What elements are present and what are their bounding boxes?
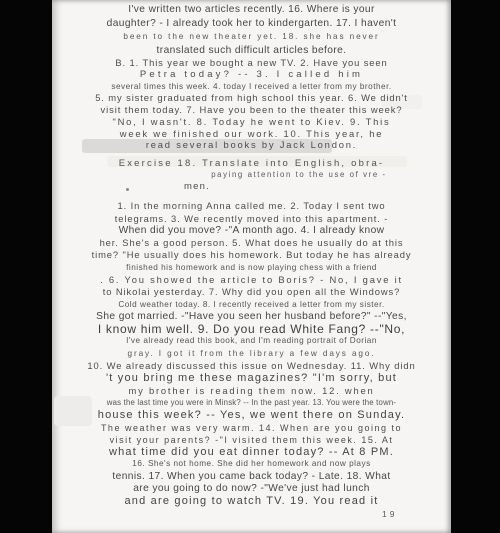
text-line: . 6. You showed the article to Boris? - … (52, 274, 451, 286)
exercise-heading: Exercise 18. Translate into English, obr… (52, 158, 451, 192)
text-line: her. She's a good person. 5. What does h… (52, 237, 451, 249)
text-line: read several books by Jack London. (52, 139, 451, 151)
text-line: finished his homework and is now playing… (52, 262, 451, 274)
text-line: daughter? - I already took her to kinder… (52, 17, 451, 31)
text-line: telegrams. 3. We recently moved into thi… (52, 213, 451, 225)
text-line: I've already read this book, and I'm rea… (52, 335, 451, 347)
text-line: 't you bring me these magazines? "I'm so… (52, 372, 451, 384)
text-line: tennis. 17. When you came back today? - … (52, 471, 451, 483)
text-line: week we finished our work. 10. This year… (52, 128, 451, 140)
text-line: visit your parents? -"I visited them thi… (52, 434, 451, 446)
page-content: I've written two articles recently. 16. … (52, 0, 451, 508)
text-line: The weather was very warm. 14. When are … (52, 422, 451, 434)
text-line: When did you move? -"A month ago. 4. I a… (52, 225, 451, 237)
text-line: 16. She's not home. She did her homework… (52, 458, 451, 470)
text-line: "No, I wasn't. 8. Today he went to Kiev.… (52, 116, 451, 128)
text-line: 5. my sister graduated from high school … (52, 92, 451, 104)
text-line: house this week? -- Yes, we went there o… (52, 409, 451, 421)
text-line: time? "He usually does his homework. But… (52, 249, 451, 261)
text-line: to Nikolai yesterday. 7. Why did you ope… (52, 286, 451, 298)
text-line: my brother is reading them now. 12. when (52, 385, 451, 397)
text-line: gray. I got it from the library a few da… (52, 348, 451, 360)
photo-frame: I've written two articles recently. 16. … (0, 0, 500, 533)
text-line: 1. In the morning Anna called me. 2. Tod… (52, 200, 451, 212)
text-line: been to the new theater yet. 18. she has… (52, 30, 451, 44)
book-page: I've written two articles recently. 16. … (52, 0, 451, 533)
text-line: I've written two articles recently. 16. … (52, 3, 451, 17)
exercise-paragraph: 1. In the morning Anna called me. 2. Tod… (52, 200, 451, 507)
text-line: Cold weather today. 8. I recently receiv… (52, 299, 451, 311)
text-line: was the last time you were in Minsk? -- … (52, 397, 451, 409)
page-number: 19 (382, 509, 397, 519)
text-line: several times this week. 4. today I rece… (52, 81, 451, 93)
text-line: visit them today. 7. Have you been to th… (52, 104, 451, 116)
text-line: are you going to do now? -"We've just ha… (52, 483, 451, 495)
text-line: translated such difficult articles befor… (52, 44, 451, 58)
heading-line: Exercise 18. Translate into English, obr… (52, 158, 451, 169)
heading-line: men. (52, 181, 451, 192)
paragraph-b: B. 1. This year we bought a new TV. 2. H… (52, 57, 451, 151)
paragraph-a: I've written two articles recently. 16. … (52, 0, 451, 57)
text-line: what time did you eat dinner today? -- A… (52, 446, 451, 458)
text-line: 10. We already discussed this issue on W… (52, 360, 451, 372)
heading-line: paying attention to the use of vre - (52, 169, 451, 180)
text-line: I know him well. 9. Do you read White Fa… (52, 323, 451, 335)
text-line: and are going to watch TV. 19. You read … (52, 495, 451, 507)
text-line: Petra today? -- 3. I called him (52, 69, 451, 81)
text-line: B. 1. This year we bought a new TV. 2. H… (52, 57, 451, 69)
